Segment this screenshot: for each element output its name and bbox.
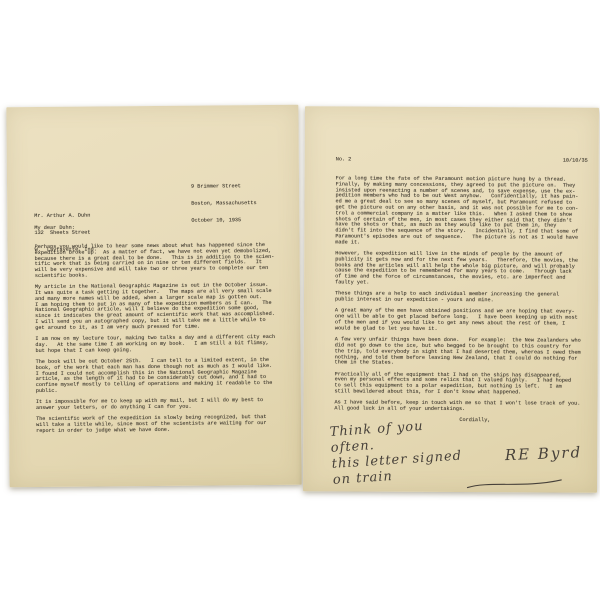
body-paragraph: As I have said before, keep in touch wit…	[334, 401, 586, 414]
page-number: No. 2	[336, 157, 352, 163]
return-address-line: 9 Brimmer Street	[191, 184, 256, 190]
body-paragraph: A great many of the men have obtained po…	[335, 309, 587, 334]
signature-flourish	[465, 477, 563, 491]
recipient-line: Mr. Arthur A. Duhn	[34, 213, 96, 219]
letter-body-page-2: For a long time the fate of the Paramoun…	[334, 176, 587, 419]
letter-body-page-1: Perhaps you would like to hear some news…	[35, 243, 285, 440]
return-address: 9 Brimmer Street Boston, Massachusetts O…	[191, 172, 257, 236]
body-paragraph: For a long time the fate of the Paramoun…	[335, 176, 587, 247]
return-address-line: Boston, Massachusetts	[191, 201, 256, 207]
page2-header: No. 2 10/10/35	[336, 157, 588, 164]
body-paragraph: It is impossible for me to keep up with …	[36, 398, 284, 412]
signature-re-byrd: RE Byrd	[463, 425, 585, 526]
signature-text: RE Byrd	[505, 443, 583, 464]
photo-background: 9 Brimmer Street Boston, Massachusetts O…	[0, 0, 600, 600]
letter-page-1: 9 Brimmer Street Boston, Massachusetts O…	[6, 105, 301, 488]
body-paragraph: I am now on my lecture tour, making two …	[35, 335, 283, 355]
body-paragraph: Practically all of the equipment that I …	[334, 372, 586, 397]
body-paragraph: The book will be out October 25th. I can…	[36, 358, 284, 395]
body-paragraph: These things are a help to each individu…	[335, 292, 587, 305]
letter-page-2: No. 2 10/10/35 For a long time the fate …	[303, 106, 599, 493]
body-paragraph: Perhaps you would like to hear some news…	[35, 243, 283, 280]
body-paragraph: However, the expedition will live in the…	[335, 251, 587, 287]
page-date: 10/10/35	[563, 159, 588, 165]
return-address-line: October 10, 1935	[191, 218, 256, 224]
body-paragraph: The scientific work of the expedition is…	[36, 415, 284, 435]
salutation: My dear Duhn:	[34, 226, 75, 232]
handwritten-note: Think of you often. this letter signed o…	[329, 417, 463, 489]
body-paragraph: My article in the National Geographic Ma…	[35, 283, 283, 332]
closing: Cordially,	[459, 418, 490, 424]
body-paragraph: A few very unfair things have been done.…	[335, 338, 587, 368]
